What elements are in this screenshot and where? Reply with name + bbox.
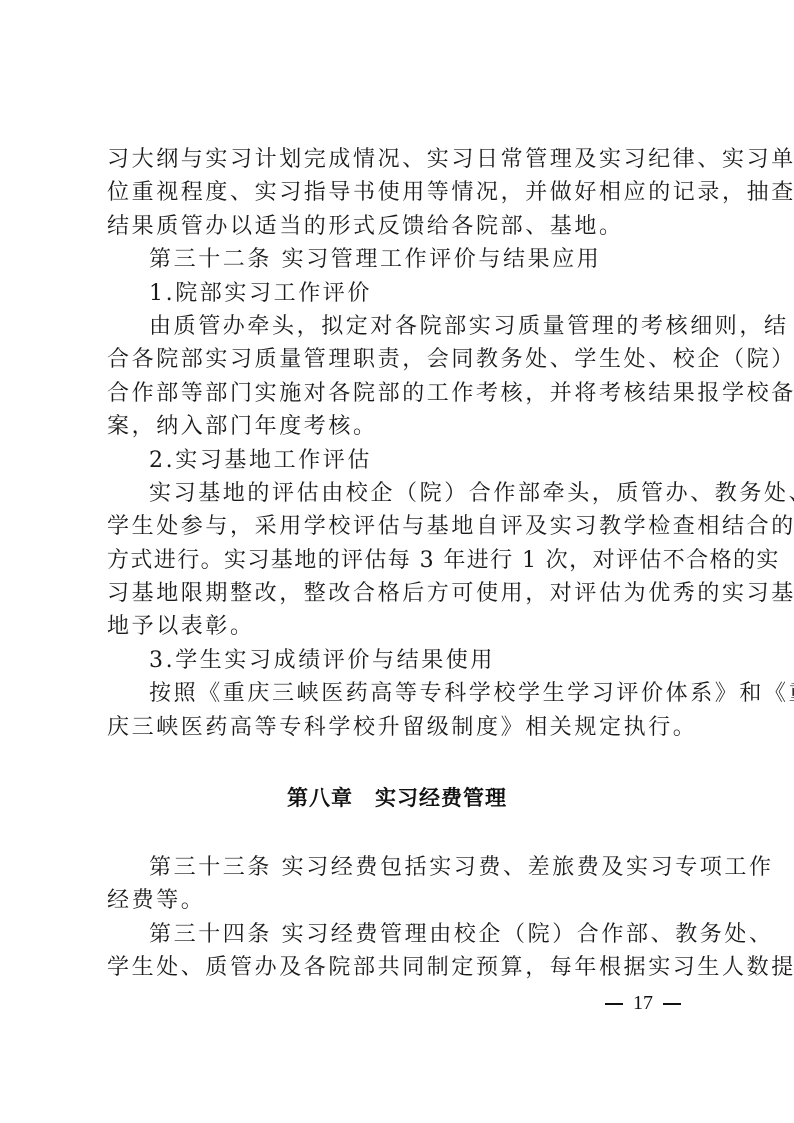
text-line: 合各院部实习质量管理职责，会同教务处、学生处、校企（院） [107,343,695,376]
text-line: 结果质管办以适当的形式反馈给各院部、基地。 [107,210,695,243]
dash-left [605,1003,623,1005]
chapter-number: 第八章 [287,786,353,810]
text-line: 按照《重庆三峡医药高等专科学校学生学习评价体系》和《重 [107,677,695,710]
text-line: 地予以表彰。 [107,610,695,643]
article-heading-33: 第三十三条 实习经费包括实习费、差旅费及实习专项工作 [107,851,695,884]
text-line: 习大纲与实习计划完成情况、实习日常管理及实习纪律、实习单 [107,143,695,176]
article-heading-34: 第三十四条 实习经费管理由校企（院）合作部、教务处、 [107,918,695,951]
text-line: 案，纳入部门年度考核。 [107,410,695,443]
page-number: 17 [595,992,691,1015]
dash-right [663,1003,681,1005]
text-line: 由质管办牵头，拟定对各院部实习质量管理的考核细则，结 [107,310,695,343]
text-line: 学生处、质管办及各院部共同制定预算，每年根据实习生人数提 [107,951,695,984]
page-number-value: 17 [633,992,653,1014]
document-body-top: 习大纲与实习计划完成情况、实习日常管理及实习纪律、实习单 位重视程度、实习指导书… [107,143,695,744]
text-line: 实习基地的评估由校企（院）合作部牵头，质管办、教务处、 [107,477,695,510]
text-line: 位重视程度、实习指导书使用等情况，并做好相应的记录，抽查 [107,176,695,209]
subsection-heading-2: 2.实习基地工作评估 [107,444,695,477]
chapter-title: 实习经费管理 [375,786,507,810]
chapter-heading: 第八章实习经费管理 [0,782,794,812]
text-line: 学生处参与，采用学校评估与基地自评及实习教学检查相结合的 [107,510,695,543]
text-line: 经费等。 [107,884,695,917]
article-heading-32: 第三十二条 实习管理工作评价与结果应用 [107,243,695,276]
subsection-heading-3: 3.学生实习成绩评价与结果使用 [107,644,695,677]
text-line: 方式进行。实习基地的评估每 3 年进行 1 次，对评估不合格的实 [107,544,695,577]
subsection-heading-1: 1.院部实习工作评价 [107,277,695,310]
document-body-bottom: 第三十三条 实习经费包括实习费、差旅费及实习专项工作 经费等。 第三十四条 实习… [107,851,695,985]
text-line: 庆三峡医药高等专科学校升留级制度》相关规定执行。 [107,711,695,744]
text-line: 合作部等部门实施对各院部的工作考核，并将考核结果报学校备 [107,377,695,410]
text-line: 习基地限期整改，整改合格后方可使用，对评估为优秀的实习基 [107,577,695,610]
